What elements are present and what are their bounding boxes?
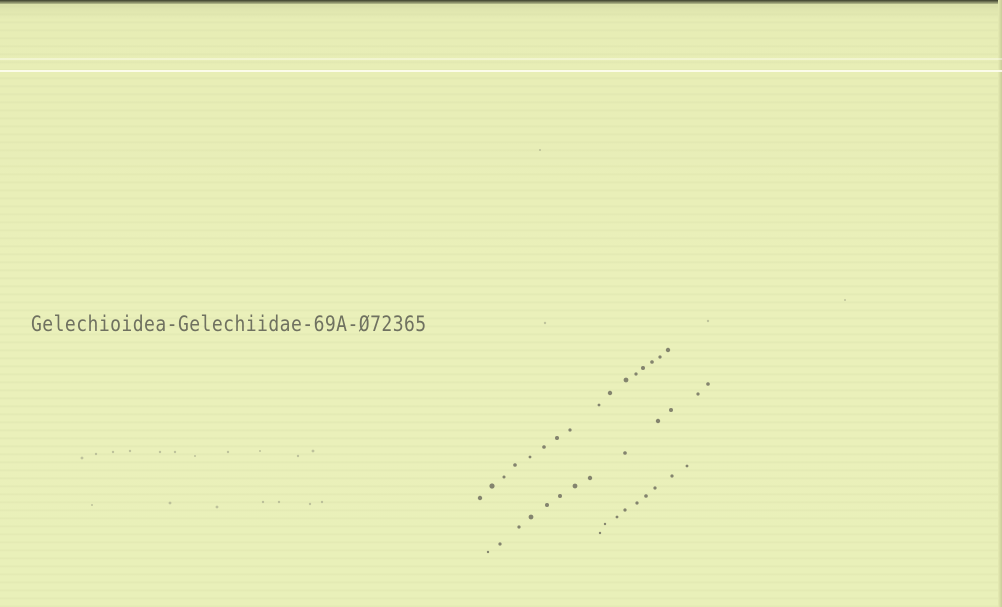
handwritten-marks xyxy=(0,0,1002,607)
index-card: Gelechioidea-Gelechiidae-69A-Ø72365 xyxy=(0,0,1002,607)
